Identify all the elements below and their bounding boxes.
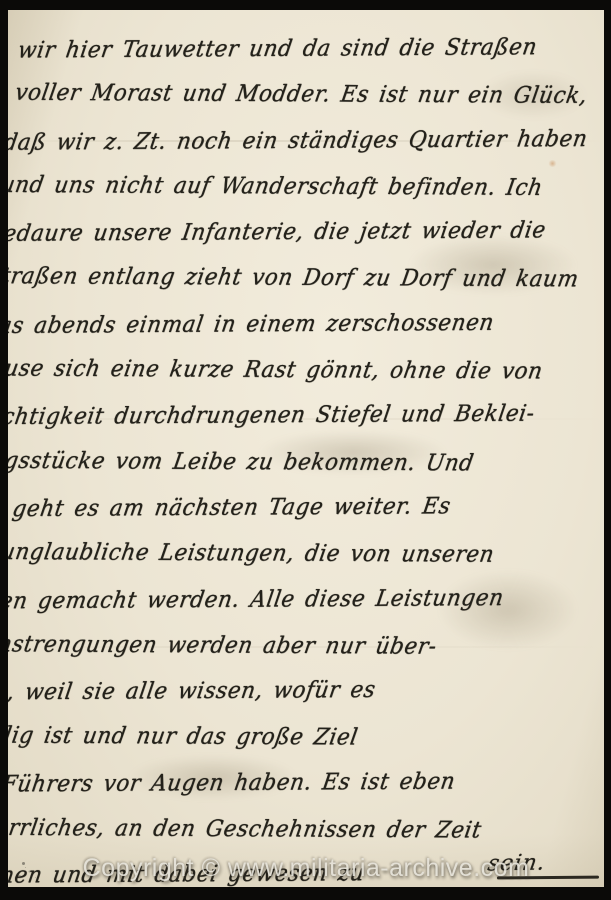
- handwriting-line: Straßen entlang zieht von Dorf zu Dorf u…: [8, 254, 570, 303]
- handwriting-block: wir hier Tauwetter und da sind die Straß…: [8, 26, 602, 887]
- handwriting-line: notwendig ist und nur das große Ziel: [8, 713, 497, 762]
- scanned-letter-page: wir hier Tauwetter und da sind die Straß…: [0, 0, 611, 900]
- handwriting-line: Truppen gemacht werden. Alle diese Leist…: [8, 575, 515, 625]
- handwriting-line: und uns nicht auf Wanderschaft befinden.…: [8, 162, 584, 211]
- handwriting-line: etwas Herrliches, an den Geschehnissen d…: [8, 805, 482, 854]
- handwriting-line: das abends einmal in einem zerschossenen: [8, 299, 559, 349]
- handwriting-line: dungsstücke vom Leibe zu bekommen. Und: [8, 437, 540, 486]
- handwriting-line: Hause sich eine kurze Rast gönnt, ohne d…: [8, 346, 555, 395]
- handwriting-line: unseres Führers vor Augen haben. Es ist …: [8, 758, 486, 808]
- ink-speckles: [22, 862, 25, 865]
- handwriting-line: voller Morast und Modder. Es ist nur ein…: [12, 70, 599, 119]
- handwriting-line: Feuchtigkeit durchdrungenen Stiefel und …: [8, 391, 544, 441]
- handwriting-line: dann geht es am nächsten Tage weiter. Es: [8, 483, 529, 533]
- handwriting-line: und Anstrengungen werden aber nur über-: [8, 621, 511, 670]
- handwriting-line: sind unglaubliche Leistungen, die von un…: [8, 529, 526, 578]
- copyright-watermark: Copyright © www.militaria-archive.com: [83, 854, 530, 883]
- paper: wir hier Tauwetter und da sind die Straß…: [8, 10, 604, 887]
- handwriting-line: standen, weil sie alle wissen, wofür es: [8, 667, 500, 717]
- handwriting-line: bedaure unsere Infanterie, die jetzt wie…: [8, 208, 573, 258]
- handwriting-line: daß wir z. Zt. noch ein ständiges Quarti…: [8, 116, 588, 166]
- paper-stain: [548, 160, 557, 167]
- handwriting-line: wir hier Tauwetter und da sind die Straß…: [15, 24, 603, 74]
